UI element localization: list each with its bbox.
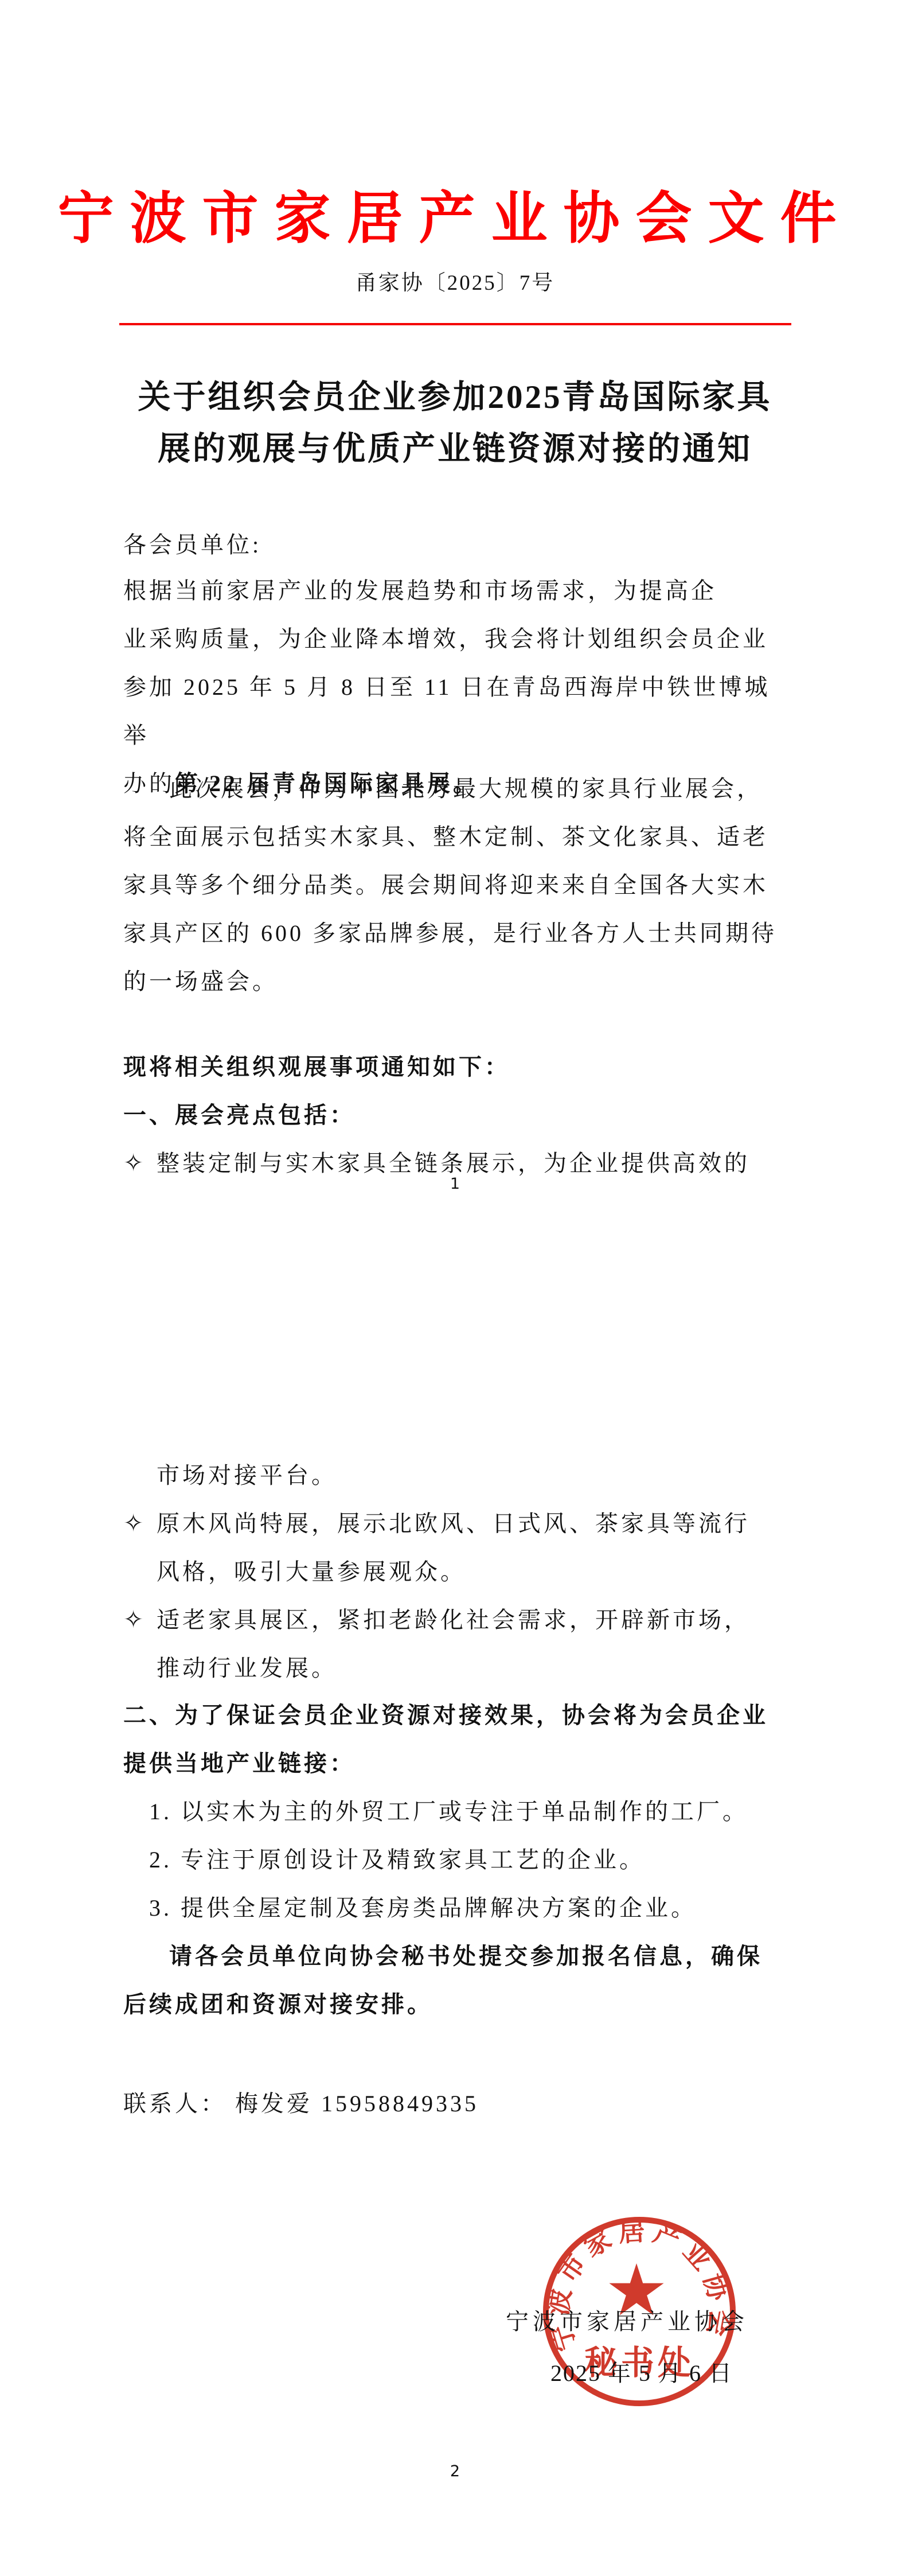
seal-star-icon	[609, 2263, 663, 2316]
diamond-bullet-icon: ✧	[123, 1596, 143, 1644]
red-divider-rule	[119, 323, 791, 325]
numbered-item-3: 3. 提供全屋定制及套房类品牌解决方案的企业。	[149, 1884, 791, 1932]
org-header-title: 宁波市家居产业协会文件	[0, 173, 910, 254]
numbered-item-2: 2. 专注于原创设计及精致家具工艺的企业。	[149, 1836, 791, 1884]
diamond-bullet-icon: ✧	[123, 1500, 143, 1548]
bullet-item-3-text: 适老家具展区，紧扣老龄化社会需求，开辟新市场， 推动行业发展。	[157, 1607, 750, 1681]
document-page: 宁波市家居产业协会文件 甬家协〔2025〕7号 关于组织会员企业参加2025青岛…	[0, 0, 910, 2576]
bullet-item-3: ✧适老家具展区，紧扣老龄化社会需求，开辟新市场， 推动行业发展。	[123, 1596, 791, 1692]
section-2-heading: 二、为了保证会员企业资源对接效果，协会将为会员企业 提供当地产业链接：	[123, 1691, 791, 1788]
document-title: 关于组织会员企业参加2025青岛国际家具 展的观展与优质产业链资源对接的通知	[69, 372, 841, 475]
doc-number: 甬家协〔2025〕7号	[0, 265, 910, 296]
contact-line: 联系人： 梅发爱 15958849335	[123, 2080, 791, 2128]
page-number-1: 1	[0, 1175, 910, 1193]
numbered-item-1: 1. 以实木为主的外贸工厂或专注于单品制作的工厂。	[149, 1788, 791, 1836]
section-1-heading: 一、展会亮点包括：	[123, 1091, 791, 1139]
page-number-2: 2	[0, 2462, 910, 2480]
signature-date: 2025 年 5 月 6 日	[550, 2361, 733, 2386]
signature-org-name: 宁波市家居产业协会	[506, 2309, 748, 2334]
bullet-item-2: ✧原木风尚特展，展示北欧风、日式风、茶家具等流行 风格，吸引大量参展观众。	[123, 1500, 791, 1596]
notice-heading: 现将相关组织观展事项通知如下：	[123, 1043, 791, 1091]
salutation: 各会员单位:	[123, 521, 791, 569]
bullet-item-2-text: 原木风尚特展，展示北欧风、日式风、茶家具等流行 风格，吸引大量参展观众。	[157, 1511, 750, 1585]
paragraph-2: 此次展会，作为中国北方最大规模的家具行业展会， 将全面展示包括实木家具、整木定制…	[123, 765, 791, 1006]
bullet-item-1-text: 整装定制与实木家具全链条展示，为企业提供高效的	[157, 1150, 750, 1176]
paragraph-1-text: 根据当前家居产业的发展趋势和市场需求，为提高企 业采购质量，为企业降本增效，我会…	[123, 578, 771, 796]
bullet-item-1-continuation: 市场对接平台。	[157, 1452, 791, 1500]
closing-paragraph: 请各会员单位向协会秘书处提交参加报名信息，确保 后续成团和资源对接安排。	[123, 1932, 791, 2029]
